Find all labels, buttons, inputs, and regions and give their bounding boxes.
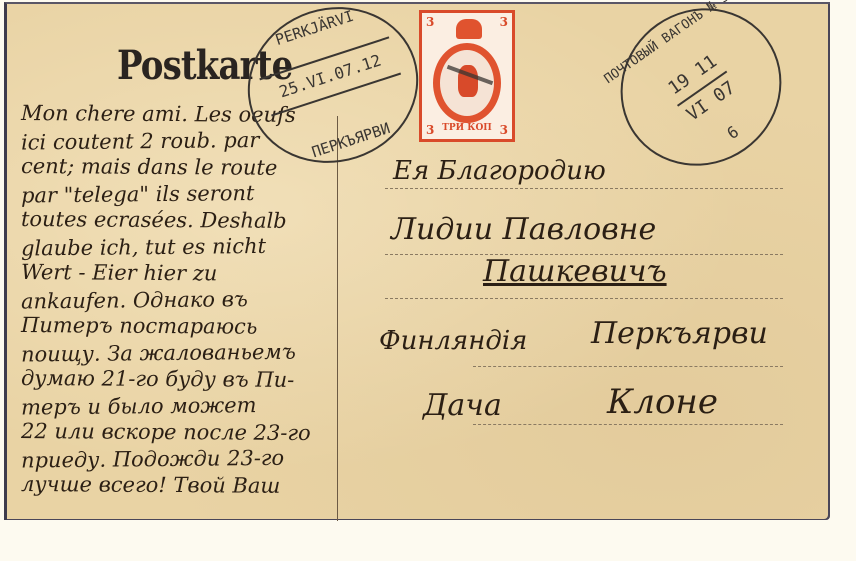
message-line: 22 или вскоре после 23-го xyxy=(21,418,311,447)
postmark-month: VI xyxy=(683,96,713,126)
message-line: toutes ecrasées. Deshalb xyxy=(21,206,311,235)
stamp-corner-value: 3 xyxy=(426,15,434,29)
address-line-4-left: Финляндія xyxy=(379,326,527,356)
address-rule xyxy=(385,298,783,299)
stamp-corner-value: 3 xyxy=(500,15,508,29)
message-line: Питеръ постараюсь xyxy=(21,312,311,341)
crown-icon xyxy=(456,19,482,39)
handwritten-message: Mon chere ami. Les oeufsici coutent 2 ro… xyxy=(21,101,311,499)
postage-stamp: 3 3 ТРИ КОП 3 3 xyxy=(419,10,515,142)
stamp-denomination: ТРИ КОП xyxy=(422,123,512,133)
address-line-1: Ея Благородию xyxy=(393,156,606,186)
address-rule xyxy=(473,366,783,367)
address-rule xyxy=(385,188,783,189)
message-line: glaube ich, tut es nicht xyxy=(21,232,311,262)
message-line: ankaufen. Однако въ xyxy=(21,285,311,315)
message-line: думаю 21-го буду въ Пи- xyxy=(21,365,311,394)
message-line: приеду. Подожди 23-го xyxy=(21,444,311,474)
address-line-5-right: Клоне xyxy=(607,382,718,422)
message-line: теръ и было может xyxy=(21,391,311,421)
postcard: Postkarte Mon chere ami. Les oeufsici co… xyxy=(4,2,830,520)
message-line: par "telega" ils seront xyxy=(21,179,311,209)
address-line-2: Лидии Павловне xyxy=(391,212,656,247)
message-line: поищу. За жалованьемъ xyxy=(21,338,311,368)
address-line-4-right: Перкъярви xyxy=(591,316,768,351)
message-line: лучше всего! Твой Ваш xyxy=(21,471,311,500)
divider-line xyxy=(337,116,338,521)
postmark-year: 07 xyxy=(709,77,739,107)
postmark-railway: ПОЧТОВЫЙ ВАГОНЪ № 3 19 11 VI 07 6 xyxy=(590,0,813,197)
stamp-corner-value: 3 xyxy=(426,123,434,137)
address-rule xyxy=(473,424,783,425)
address-line-3: Пашкевичъ xyxy=(483,254,667,289)
stamp-corner-value: 3 xyxy=(500,123,508,137)
address-line-5-left: Дача xyxy=(423,388,502,423)
message-line: Wert - Eier hier zu xyxy=(21,259,311,288)
